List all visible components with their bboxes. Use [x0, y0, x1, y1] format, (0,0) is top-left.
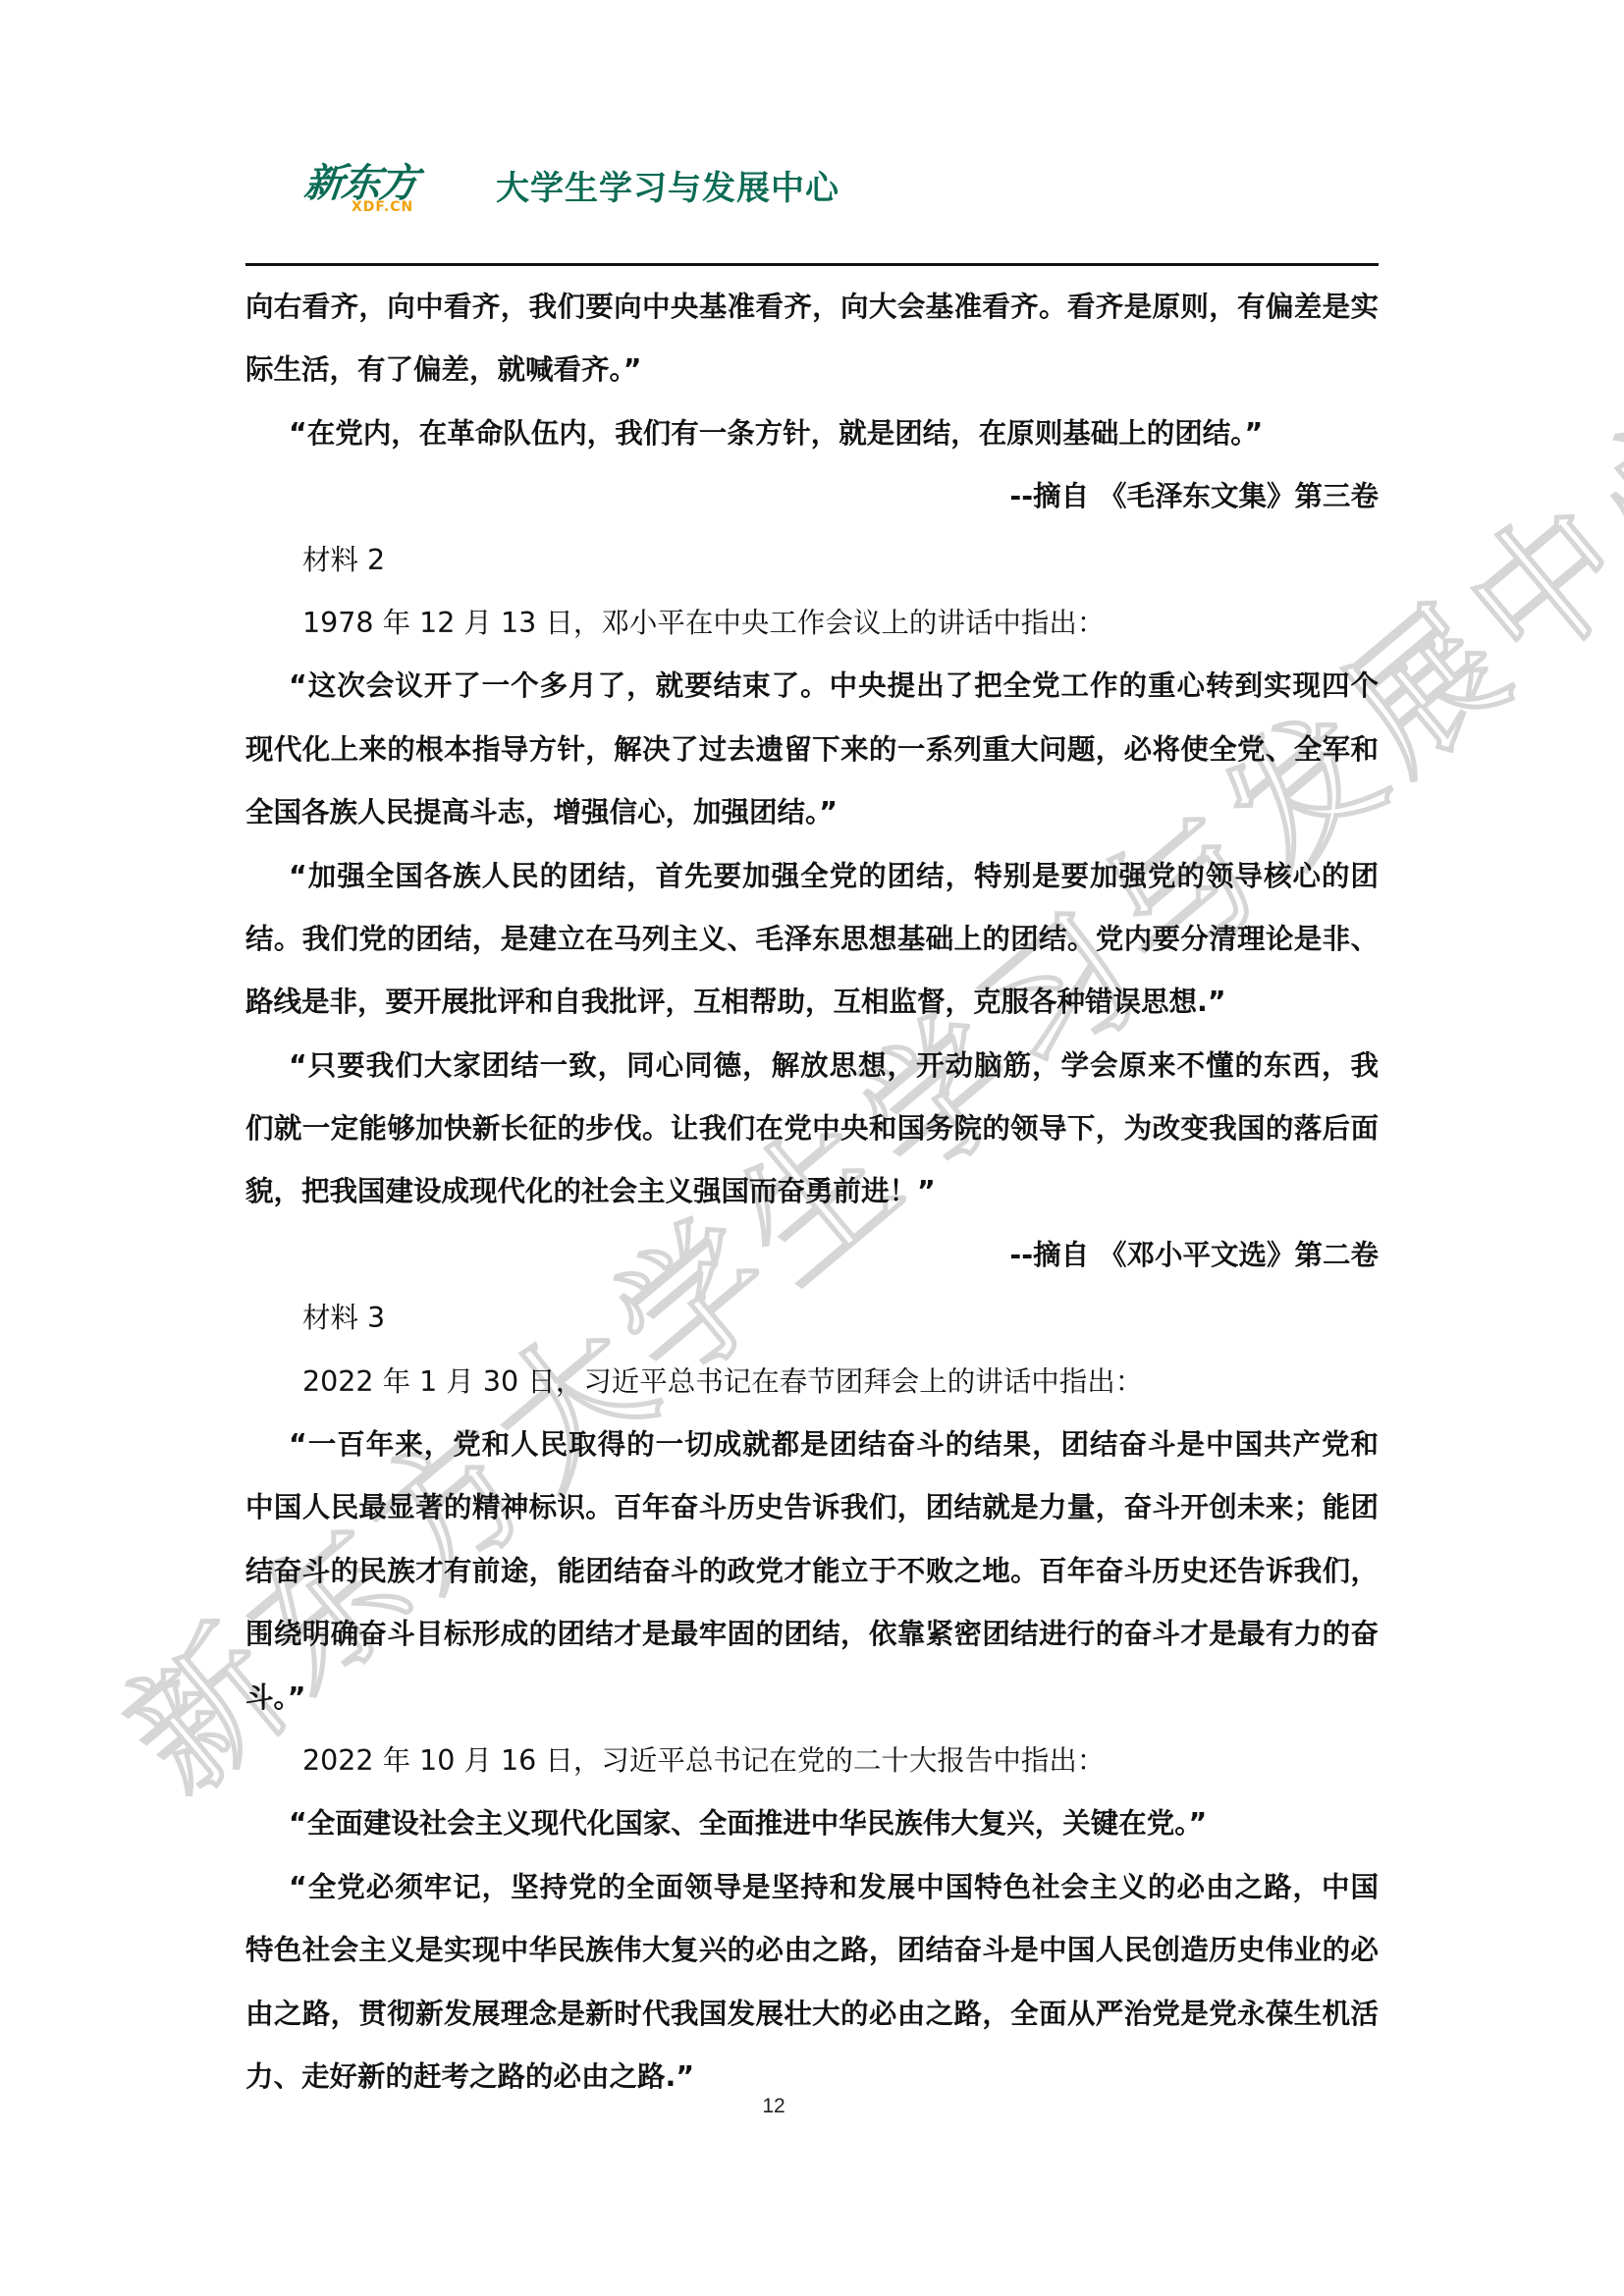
quote-line: “一百年来，党和人民取得的一切成就都是团结奋斗的结果，团结奋斗是中国共产党和: [245, 1414, 1379, 1476]
quote-line: 结。我们党的团结，是建立在马列主义、毛泽东思想基础上的团结。党内要分清理论是非、: [245, 908, 1379, 971]
paragraph-line: 际生活，有了偏差，就喊看齐。”: [245, 339, 1379, 401]
quote-line: 们就一定能够加快新长征的步伐。让我们在党中央和国务院的领导下，为改变我国的落后面: [245, 1097, 1379, 1160]
section-label: 材料 3: [245, 1287, 1379, 1350]
section-intro: 2022 年 1 月 30 日，习近平总书记在春节团拜会上的讲话中指出：: [245, 1351, 1379, 1414]
quote-line: “加强全国各族人民的团结，首先要加强全党的团结，特别是要加强党的领导核心的团: [245, 845, 1379, 908]
quote-line: 斗。”: [245, 1667, 1379, 1730]
quote-line: “在党内，在革命队伍内，我们有一条方针，就是团结，在原则基础上的团结。”: [245, 402, 1379, 465]
quote-line: 围绕明确奋斗目标形成的团结才是最牢固的团结，依靠紧密团结进行的奋斗才是最有力的奋: [245, 1603, 1379, 1666]
document-body: 向右看齐，向中看齐，我们要向中央基准看齐，向大会基准看齐。看齐是原则，有偏差是实…: [245, 276, 1379, 2109]
page-number: 12: [725, 2095, 823, 2118]
quote-line: 貌，把我国建设成现代化的社会主义强国而奋勇前进！”: [245, 1160, 1379, 1223]
quote-line: “全面建设社会主义现代化国家、全面推进中华民族伟大复兴，关键在党。”: [245, 1792, 1379, 1855]
header-title: 大学生学习与发展中心: [496, 169, 839, 208]
attribution: --摘自 《毛泽东文集》第三卷: [245, 465, 1379, 528]
header-divider: [245, 263, 1379, 266]
section-intro: 2022 年 10 月 16 日，习近平总书记在党的二十大报告中指出：: [245, 1730, 1379, 1792]
quote-line: 现代化上来的根本指导方针，解决了过去遗留下来的一系列重大问题，必将使全党、全军和: [245, 719, 1379, 781]
quote-line: “全党必须牢记，坚持党的全面领导是坚持和发展中国特色社会主义的必由之路，中国: [245, 1856, 1379, 1919]
logo-english-text: XDF.CN: [352, 199, 413, 215]
quote-line: “这次会议开了一个多月了，就要结束了。中央提出了把全党工作的重心转到实现四个: [245, 655, 1379, 718]
attribution: --摘自 《邓小平文选》第二卷: [245, 1224, 1379, 1287]
page-header: 新东方 XDF.CN 大学生学习与发展中心: [245, 147, 1379, 226]
section-intro: 1978 年 12 月 13 日，邓小平在中央工作会议上的讲话中指出：: [245, 592, 1379, 655]
quote-line: 特色社会主义是实现中华民族伟大复兴的必由之路，团结奋斗是中国人民创造历史伟业的必: [245, 1919, 1379, 1982]
quote-line: 由之路，贯彻新发展理念是新时代我国发展壮大的必由之路，全面从严治党是党永葆生机活: [245, 1983, 1379, 2046]
section-label: 材料 2: [245, 529, 1379, 592]
quote-line: 中国人民最显著的精神标识。百年奋斗历史告诉我们，团结就是力量，奋斗开创未来；能团: [245, 1476, 1379, 1539]
quote-line: 路线是非，要开展批评和自我批评，互相帮助，互相监督，克服各种错误思想.”: [245, 971, 1379, 1034]
paragraph-line: 向右看齐，向中看齐，我们要向中央基准看齐，向大会基准看齐。看齐是原则，有偏差是实: [245, 276, 1379, 339]
xdf-logo: 新东方 XDF.CN: [304, 162, 476, 221]
quote-line: “只要我们大家团结一致，同心同德，解放思想，开动脑筋，学会原来不懂的东西，我: [245, 1035, 1379, 1097]
quote-line: 全国各族人民提高斗志，增强信心，加强团结。”: [245, 781, 1379, 844]
quote-line: 结奋斗的民族才有前途，能团结奋斗的政党才能立于不败之地。百年奋斗历史还告诉我们，: [245, 1540, 1379, 1603]
